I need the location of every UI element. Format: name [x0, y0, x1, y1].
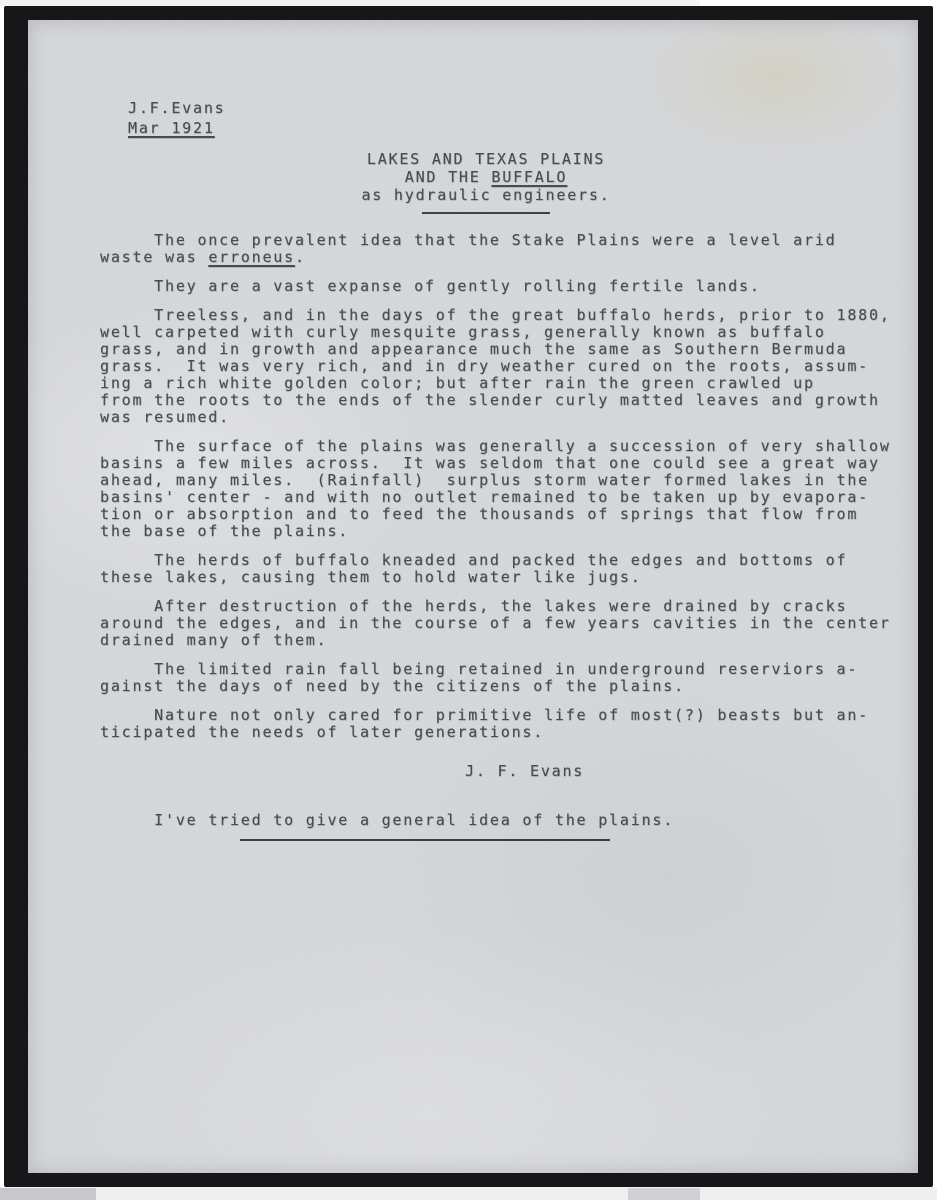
title-rule — [422, 212, 550, 214]
text-line: well carpeted with curly mesquite grass,… — [100, 324, 898, 341]
text-line: After destruction of the herds, the lake… — [100, 598, 898, 615]
scan-bottom-artifact — [0, 1188, 96, 1200]
text-line: AND THE BUFFALO — [74, 168, 898, 186]
scan-bottom-artifact — [628, 1188, 700, 1200]
text-line: was resumed. — [100, 409, 898, 426]
paragraph: The limited rain fall being retained in … — [100, 661, 898, 695]
closing-remark: I've tried to give a general idea of the… — [100, 812, 898, 829]
text-line: these lakes, causing them to hold water … — [100, 569, 898, 586]
text-line: The surface of the plains was generally … — [100, 438, 898, 455]
text-line: ing a rich white golden color; but after… — [100, 375, 898, 392]
text-line: drained many of them. — [100, 632, 898, 649]
text-line: waste was erroneus. — [100, 249, 898, 266]
text-line: Nature not only cared for primitive life… — [100, 707, 898, 724]
title-lines: LAKES AND TEXAS PLAINSAND THE BUFFALOas … — [74, 150, 898, 204]
author-date-block: J.F.EvansMar 1921 — [128, 98, 898, 138]
text-line: tion or absorption and to feed the thous… — [100, 506, 898, 523]
scan-top-edge — [0, 0, 700, 6]
text-line: They are a vast expanse of gently rollin… — [100, 278, 898, 295]
scanned-document-image: J.F.EvansMar 1921 LAKES AND TEXAS PLAINS… — [0, 0, 937, 1200]
scan-bottom-edge — [0, 1187, 937, 1200]
text-line: LAKES AND TEXAS PLAINS — [74, 150, 898, 168]
text-line: gainst the days of need by the citizens … — [100, 678, 898, 695]
paragraph: The surface of the plains was generally … — [100, 438, 898, 540]
paragraph: The herds of buffalo kneaded and packed … — [100, 552, 898, 586]
paragraph: Treeless, and in the days of the great b… — [100, 307, 898, 426]
text-line: basins' center - and with no outlet rema… — [100, 489, 898, 506]
text-line: ahead, many miles. (Rainfall) surplus st… — [100, 472, 898, 489]
text-line: the base of the plains. — [100, 523, 898, 540]
document-page: J.F.EvansMar 1921 LAKES AND TEXAS PLAINS… — [28, 20, 918, 1173]
text-line: Treeless, and in the days of the great b… — [100, 307, 898, 324]
document-title: LAKES AND TEXAS PLAINSAND THE BUFFALOas … — [74, 150, 898, 214]
paragraph: Nature not only cared for primitive life… — [100, 707, 898, 741]
text-line: I've tried to give a general idea of the… — [100, 812, 898, 829]
text-line: as hydraulic engineers. — [74, 186, 898, 204]
paragraph: After destruction of the herds, the lake… — [100, 598, 898, 649]
paragraph: They are a vast expanse of gently rollin… — [100, 278, 898, 295]
text-line: around the edges, and in the course of a… — [100, 615, 898, 632]
text-line: The limited rain fall being retained in … — [100, 661, 898, 678]
text-line: from the roots to the ends of the slende… — [100, 392, 898, 409]
text-line: grass. It was very rich, and in dry weat… — [100, 358, 898, 375]
text-line: The herds of buffalo kneaded and packed … — [100, 552, 898, 569]
closing-rule — [240, 839, 610, 841]
text-line: The once prevalent idea that the Stake P… — [100, 232, 898, 249]
text-line: ticipated the needs of later generations… — [100, 724, 898, 741]
text-line: basins a few miles across. It was seldom… — [100, 455, 898, 472]
text-line: Mar 1921 — [128, 118, 898, 138]
signature: J. F. Evans — [100, 763, 898, 780]
text-line: grass, and in growth and appearance much… — [100, 341, 898, 358]
text-line: J.F.Evans — [128, 98, 898, 118]
typewritten-content: J.F.EvansMar 1921 LAKES AND TEXAS PLAINS… — [28, 20, 918, 841]
document-body: The once prevalent idea that the Stake P… — [100, 232, 898, 741]
paragraph: The once prevalent idea that the Stake P… — [100, 232, 898, 266]
